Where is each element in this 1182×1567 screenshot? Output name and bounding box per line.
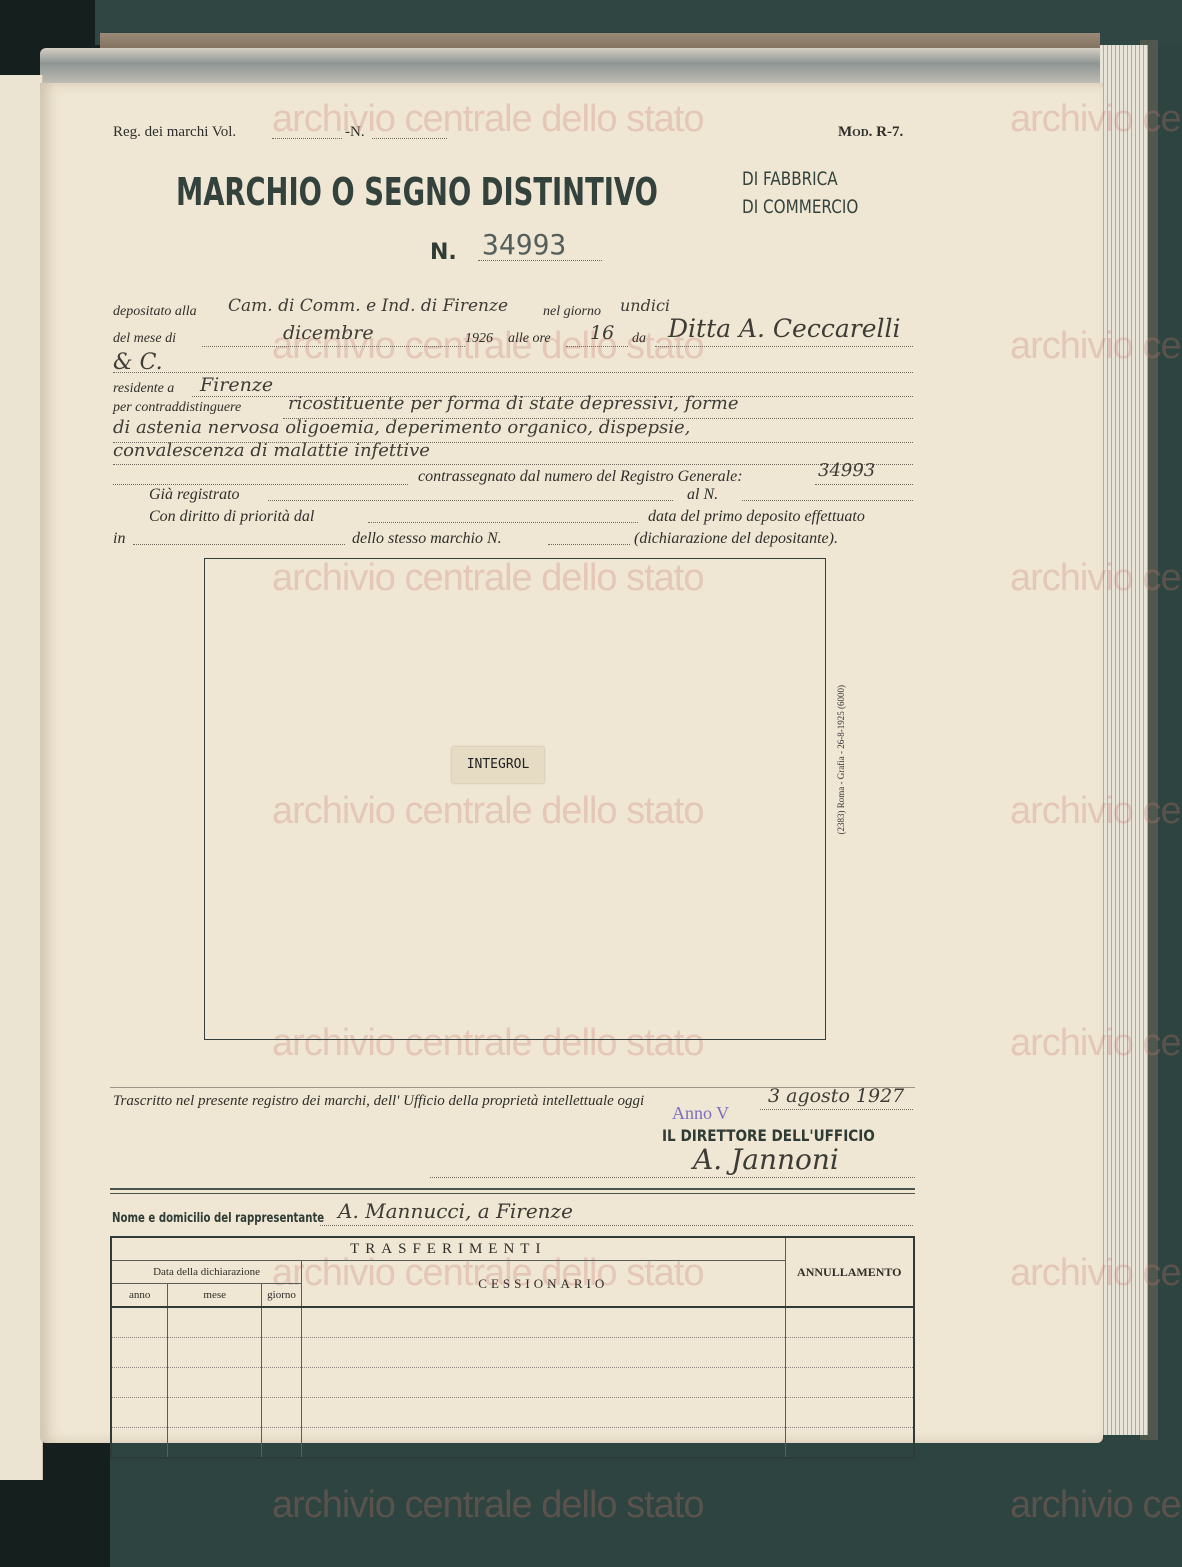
resident-value: Firenze	[200, 374, 273, 396]
transcription-date-field	[760, 1109, 913, 1110]
priority-field	[368, 522, 638, 523]
applicant-value: Ditta A. Ceccarelli	[668, 314, 901, 343]
number-label: N.	[430, 240, 457, 265]
mark-image-box	[204, 558, 826, 1040]
same-mark-label: dello stesso marchio N.	[352, 530, 502, 548]
double-rule-top	[110, 1188, 915, 1190]
registry-prefix-field	[113, 484, 408, 485]
subtitle-commercio: DI COMMERCIO	[742, 195, 858, 219]
priority-label: Con diritto di priorità dal	[149, 508, 314, 526]
signature-field	[430, 1177, 915, 1178]
subtitle-fabbrica: DI FABBRICA	[742, 167, 838, 191]
watermark: archivio centrale dello stato	[272, 1484, 703, 1527]
year-value: 1926	[465, 331, 493, 347]
watermark: archivio centrale dello stato	[1010, 557, 1182, 600]
purpose-field-3	[113, 464, 913, 465]
deposited-label: depositato alla	[113, 304, 197, 320]
watermark: archivio centrale dello stato	[1010, 790, 1182, 833]
model-code: Mod. R-7.	[838, 124, 903, 141]
purpose-label: per contraddistinguere	[113, 400, 241, 416]
already-n-label: al N.	[687, 486, 718, 504]
watermark: archivio centrale dello stato	[1010, 1252, 1182, 1295]
register-n-label: -N.	[345, 124, 365, 141]
cancellation-header: ANNULLAMENTO	[785, 1237, 914, 1307]
transfers-table: TRASFERIMENTI ANNULLAMENTO Data della di…	[110, 1236, 915, 1459]
mark-number: 34993	[482, 228, 566, 261]
watermark: archivio centrale dello stato	[272, 98, 703, 141]
in-field	[133, 544, 345, 545]
purpose-line-1: ricostituente per forma di state depress…	[288, 393, 739, 414]
declaration-label: (dichiarazione del depositante).	[634, 530, 838, 548]
day-label: nel giorno	[543, 304, 601, 320]
from-label: da	[632, 331, 646, 347]
table-row	[111, 1307, 914, 1338]
hour-value: 16	[590, 322, 614, 344]
chamber-value: Cam. di Comm. e Ind. di Firenze	[228, 296, 508, 316]
day-value: undici	[620, 296, 670, 315]
representative-field	[320, 1225, 913, 1226]
registry-label: contrassegnato dal numero del Registro G…	[418, 468, 743, 486]
col-anno: anno	[111, 1284, 168, 1308]
month-label: del mese di	[113, 331, 176, 347]
table-row	[111, 1428, 914, 1459]
same-mark-field	[548, 544, 630, 545]
representative-value: A. Mannucci, a Firenze	[338, 1199, 573, 1223]
page-edges	[1100, 45, 1148, 1435]
already-registered-field	[268, 500, 673, 501]
registry-value: 34993	[818, 460, 875, 481]
mark-sticker: INTEGROL	[452, 747, 544, 783]
in-label: in	[113, 530, 125, 548]
representative-label: Nome e domicilio del rappresentante	[112, 1211, 324, 1226]
register-volume-label: Reg. dei marchi Vol.	[113, 124, 236, 141]
transcription-label: Trascritto nel presente registro dei mar…	[113, 1093, 644, 1110]
month-field	[202, 346, 465, 347]
table-row	[111, 1398, 914, 1428]
already-registered-label: Già registrato	[149, 486, 240, 504]
watermark: archivio centrale dello stato	[1010, 98, 1182, 141]
double-rule-bottom	[110, 1193, 915, 1194]
purpose-line-3: convalescenza di malattie infettive	[113, 440, 430, 461]
page-stack	[40, 48, 1110, 86]
applicant-value-cont: & C.	[113, 350, 163, 375]
table-row	[111, 1338, 914, 1368]
col-mese: mese	[168, 1284, 262, 1308]
purpose-line-2: di astenia nervosa oligoemia, deperiment…	[113, 417, 690, 438]
left-page	[0, 75, 43, 1480]
volume-field	[272, 138, 342, 139]
month-value: dicembre	[283, 322, 374, 344]
already-n-field	[742, 500, 913, 501]
watermark: archivio centrale dello stato	[1010, 1484, 1182, 1527]
transcription-date: 3 agosto 1927	[768, 1085, 904, 1107]
declaration-date-header: Data della dichiarazione	[111, 1261, 302, 1284]
registry-field	[815, 484, 913, 485]
director-signature: A. Jannoni	[693, 1143, 839, 1176]
table-row	[111, 1368, 914, 1398]
document-title: MARCHIO O SEGNO DISTINTIVO	[176, 170, 658, 214]
number-underline	[478, 260, 602, 261]
applicant-field	[655, 346, 913, 347]
col-giorno: giorno	[262, 1284, 302, 1308]
anno-stamp: Anno V	[672, 1103, 729, 1124]
first-deposit-label: data del primo deposito effettuato	[648, 508, 865, 526]
assignee-header: CESSIONARIO	[302, 1261, 786, 1308]
resident-label: residente a	[113, 381, 174, 397]
applicant-field-cont	[113, 372, 913, 373]
printer-note: (2383) Roma - Grafia - 26-8-1925 (6000)	[836, 685, 846, 834]
watermark: archivio centrale dello stato	[1010, 1022, 1182, 1065]
transfers-title: TRASFERIMENTI	[111, 1237, 785, 1261]
watermark: archivio centrale dello stato	[1010, 325, 1182, 368]
register-n-field	[372, 138, 447, 139]
hour-field	[566, 346, 628, 347]
